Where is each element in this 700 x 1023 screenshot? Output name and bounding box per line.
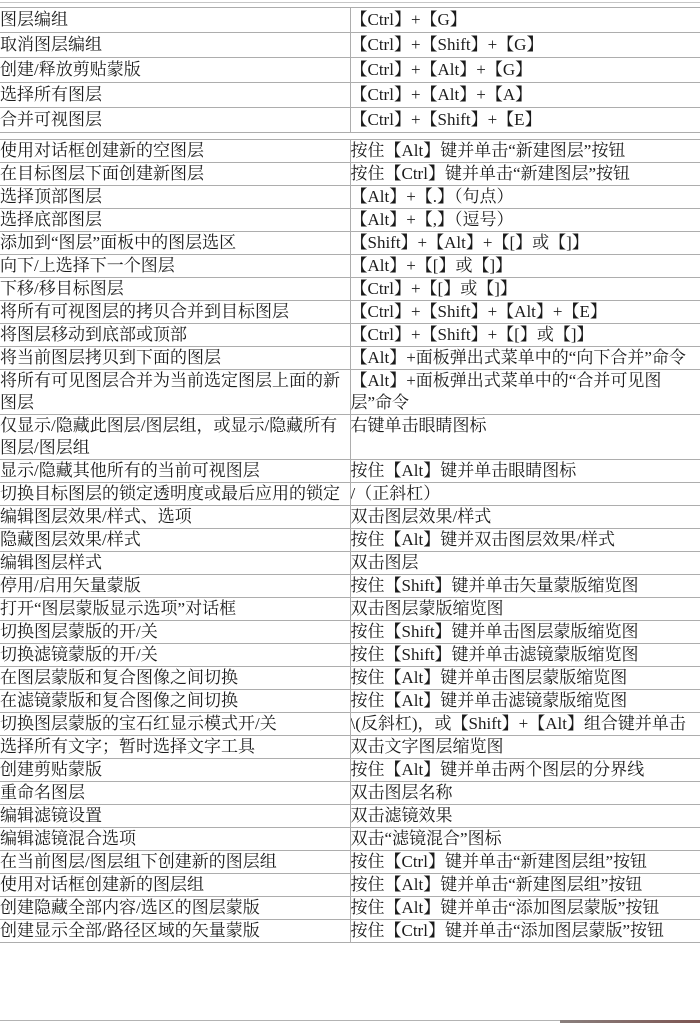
table-row: 编辑图层效果/样式、选项双击图层效果/样式 [0,506,700,529]
table-row: 显示/隐藏其他所有的当前可视图层按住【Alt】键并单击眼睛图标 [0,460,700,483]
shortcut-cell: 按住【Alt】键并双击图层效果/样式 [350,529,700,552]
action-cell: 重命名图层 [0,782,350,805]
action-cell: 添加到“图层”面板中的图层选区 [0,232,350,255]
action-cell: 创建/释放剪贴蒙版 [0,58,350,83]
table-row: 切换滤镜蒙版的开/关按住【Shift】键并单击滤镜蒙版缩览图 [0,644,700,667]
action-cell: 停用/启用矢量蒙版 [0,575,350,598]
shortcut-cell: 【Ctrl】+【G】 [350,8,700,33]
table-row: 隐藏图层效果/样式按住【Alt】键并双击图层效果/样式 [0,529,700,552]
table-row: 打开“图层蒙版显示选项”对话框双击图层蒙版缩览图 [0,598,700,621]
action-cell: 切换图层蒙版的开/关 [0,621,350,644]
shortcut-cell: 双击图层效果/样式 [350,506,700,529]
action-cell: 在图层蒙版和复合图像之间切换 [0,667,350,690]
action-cell: 创建剪贴蒙版 [0,759,350,782]
action-cell: 使用对话框创建新的空图层 [0,140,350,163]
table-row: 仅显示/隐藏此图层/图层组，或显示/隐藏所有图层/图层组右键单击眼睛图标 [0,415,700,460]
action-cell: 仅显示/隐藏此图层/图层组，或显示/隐藏所有图层/图层组 [0,415,350,460]
table-row: 将所有可视图层的拷贝合并到目标图层【Ctrl】+【Shift】+【Alt】+【E… [0,301,700,324]
action-cell: 将图层移动到底部或顶部 [0,324,350,347]
shortcut-cell: \(反斜杠)，或【Shift】+【Alt】组合键并单击 [350,713,700,736]
action-cell: 显示/隐藏其他所有的当前可视图层 [0,460,350,483]
table-row: 选择底部图层【Alt】+【,】（逗号） [0,209,700,232]
shortcut-cell: 【Alt】+【[】或【]】 [350,255,700,278]
shortcut-cell: 【Alt】+【.】（句点） [350,186,700,209]
shortcut-cell: 双击图层名称 [350,782,700,805]
action-cell: 在滤镜蒙版和复合图像之间切换 [0,690,350,713]
action-cell: 创建隐藏全部内容/选区的图层蒙版 [0,897,350,920]
table-row: 在目标图层下面创建新图层按住【Ctrl】键并单击“新建图层”按钮 [0,163,700,186]
table-2-body: 使用对话框创建新的空图层按住【Alt】键并单击“新建图层”按钮在目标图层下面创建… [0,140,700,943]
table-row: 在图层蒙版和复合图像之间切换按住【Alt】键并单击图层蒙版缩览图 [0,667,700,690]
table-row: 在当前图层/图层组下创建新的图层组按住【Ctrl】键并单击“新建图层组”按钮 [0,851,700,874]
shortcut-cell: 按住【Shift】键并单击矢量蒙版缩览图 [350,575,700,598]
table-row: 将当前图层拷贝到下面的图层【Alt】+面板弹出式菜单中的“向下合并”命令 [0,347,700,370]
action-cell: 选择所有文字；暂时选择文字工具 [0,736,350,759]
action-cell: 编辑滤镜设置 [0,805,350,828]
shortcut-cell: 【Ctrl】+【Alt】+【A】 [350,83,700,108]
shortcut-cell: 按住【Alt】键并单击眼睛图标 [350,460,700,483]
table-row: 将所有可见图层合并为当前选定图层上面的新图层【Alt】+面板弹出式菜单中的“合并… [0,370,700,415]
shortcut-cell: 【Ctrl】+【[】或【]】 [350,278,700,301]
table-1-body: 图层编组【Ctrl】+【G】取消图层编组【Ctrl】+【Shift】+【G】创建… [0,8,700,133]
shortcut-cell: 【Ctrl】+【Shift】+【G】 [350,33,700,58]
table-row: 下移/移目标图层【Ctrl】+【[】或【]】 [0,278,700,301]
action-cell: 将所有可见图层合并为当前选定图层上面的新图层 [0,370,350,415]
table-row: 切换目标图层的锁定透明度或最后应用的锁定/（正斜杠） [0,483,700,506]
table-row: 将图层移动到底部或顶部【Ctrl】+【Shift】+【[】或【]】 [0,324,700,347]
action-cell: 切换图层蒙版的宝石红显示模式开/关 [0,713,350,736]
shortcut-cell: 按住【Shift】键并单击图层蒙版缩览图 [350,621,700,644]
action-cell: 打开“图层蒙版显示选项”对话框 [0,598,350,621]
shortcut-cell: 双击滤镜效果 [350,805,700,828]
shortcut-cell: 双击图层蒙版缩览图 [350,598,700,621]
table-row: 创建显示全部/路径区域的矢量蒙版按住【Ctrl】键并单击“添加图层蒙版”按钮 [0,920,700,943]
layer-shortcuts-table-2: 使用对话框创建新的空图层按住【Alt】键并单击“新建图层”按钮在目标图层下面创建… [0,139,700,943]
action-cell: 创建显示全部/路径区域的矢量蒙版 [0,920,350,943]
action-cell: 在当前图层/图层组下创建新的图层组 [0,851,350,874]
action-cell: 合并可视图层 [0,108,350,133]
shortcut-cell: 按住【Ctrl】键并单击“新建图层”按钮 [350,163,700,186]
shortcut-cell: 右键单击眼睛图标 [350,415,700,460]
table-row: 合并可视图层【Ctrl】+【Shift】+【E】 [0,108,700,133]
table-row: 编辑图层样式双击图层 [0,552,700,575]
action-cell: 下移/移目标图层 [0,278,350,301]
table-row: 图层编组【Ctrl】+【G】 [0,8,700,33]
shortcut-cell: 按住【Ctrl】键并单击“添加图层蒙版”按钮 [350,920,700,943]
shortcut-cell: 【Ctrl】+【Alt】+【G】 [350,58,700,83]
shortcut-cell: 双击“滤镜混合”图标 [350,828,700,851]
table-row: 切换图层蒙版的宝石红显示模式开/关\(反斜杠)，或【Shift】+【Alt】组合… [0,713,700,736]
shortcut-cell: 按住【Alt】键并单击“添加图层蒙版”按钮 [350,897,700,920]
shortcut-cell: 【Ctrl】+【Shift】+【[】或【]】 [350,324,700,347]
action-cell: 选择所有图层 [0,83,350,108]
action-cell: 切换滤镜蒙版的开/关 [0,644,350,667]
action-cell: 图层编组 [0,8,350,33]
shortcut-cell: 按住【Alt】键并单击滤镜蒙版缩览图 [350,690,700,713]
action-cell: 选择底部图层 [0,209,350,232]
shortcut-cell: 按住【Alt】键并单击图层蒙版缩览图 [350,667,700,690]
table-row: 在滤镜蒙版和复合图像之间切换按住【Alt】键并单击滤镜蒙版缩览图 [0,690,700,713]
table-row: 使用对话框创建新的图层组按住【Alt】键并单击“新建图层组”按钮 [0,874,700,897]
shortcut-cell: 【Alt】+【,】（逗号） [350,209,700,232]
shortcut-cell: /（正斜杠） [350,483,700,506]
shortcut-cell: 【Alt】+面板弹出式菜单中的“合并可见图层”命令 [350,370,700,415]
table-row: 添加到“图层”面板中的图层选区【Shift】+【Alt】+【[】或【]】 [0,232,700,255]
table-row: 编辑滤镜混合选项双击“滤镜混合”图标 [0,828,700,851]
table-row: 创建剪贴蒙版按住【Alt】键并单击两个图层的分界线 [0,759,700,782]
table-row: 选择顶部图层【Alt】+【.】（句点） [0,186,700,209]
action-cell: 编辑图层样式 [0,552,350,575]
shortcut-cell: 【Ctrl】+【Shift】+【E】 [350,108,700,133]
table-row: 创建隐藏全部内容/选区的图层蒙版按住【Alt】键并单击“添加图层蒙版”按钮 [0,897,700,920]
action-cell: 编辑图层效果/样式、选项 [0,506,350,529]
action-cell: 在目标图层下面创建新图层 [0,163,350,186]
shortcut-cell: 双击图层 [350,552,700,575]
table-row: 重命名图层双击图层名称 [0,782,700,805]
shortcut-cell: 【Ctrl】+【Shift】+【Alt】+【E】 [350,301,700,324]
shortcut-cell: 按住【Alt】键并单击两个图层的分界线 [350,759,700,782]
table-row: 停用/启用矢量蒙版按住【Shift】键并单击矢量蒙版缩览图 [0,575,700,598]
action-cell: 向下/上选择下一个图层 [0,255,350,278]
action-cell: 使用对话框创建新的图层组 [0,874,350,897]
action-cell: 取消图层编组 [0,33,350,58]
table-row: 创建/释放剪贴蒙版【Ctrl】+【Alt】+【G】 [0,58,700,83]
table-row: 选择所有图层【Ctrl】+【Alt】+【A】 [0,83,700,108]
shortcut-cell: 按住【Ctrl】键并单击“新建图层组”按钮 [350,851,700,874]
table-row: 选择所有文字；暂时选择文字工具双击文字图层缩览图 [0,736,700,759]
action-cell: 隐藏图层效果/样式 [0,529,350,552]
shortcut-cell: 按住【Shift】键并单击滤镜蒙版缩览图 [350,644,700,667]
action-cell: 将所有可视图层的拷贝合并到目标图层 [0,301,350,324]
table-row: 使用对话框创建新的空图层按住【Alt】键并单击“新建图层”按钮 [0,140,700,163]
action-cell: 切换目标图层的锁定透明度或最后应用的锁定 [0,483,350,506]
table-row: 切换图层蒙版的开/关按住【Shift】键并单击图层蒙版缩览图 [0,621,700,644]
shortcut-cell: 【Alt】+面板弹出式菜单中的“向下合并”命令 [350,347,700,370]
table-row: 取消图层编组【Ctrl】+【Shift】+【G】 [0,33,700,58]
shortcut-reference-page: 图层编组【Ctrl】+【G】取消图层编组【Ctrl】+【Shift】+【G】创建… [0,0,700,1023]
action-cell: 编辑滤镜混合选项 [0,828,350,851]
shortcut-cell: 按住【Alt】键并单击“新建图层组”按钮 [350,874,700,897]
top-divider-rule [0,2,700,3]
action-cell: 将当前图层拷贝到下面的图层 [0,347,350,370]
layer-shortcuts-table-1: 图层编组【Ctrl】+【G】取消图层编组【Ctrl】+【Shift】+【G】创建… [0,7,700,133]
action-cell: 选择顶部图层 [0,186,350,209]
table-row: 向下/上选择下一个图层【Alt】+【[】或【]】 [0,255,700,278]
shortcut-cell: 按住【Alt】键并单击“新建图层”按钮 [350,140,700,163]
shortcut-cell: 【Shift】+【Alt】+【[】或【]】 [350,232,700,255]
shortcut-cell: 双击文字图层缩览图 [350,736,700,759]
table-row: 编辑滤镜设置双击滤镜效果 [0,805,700,828]
